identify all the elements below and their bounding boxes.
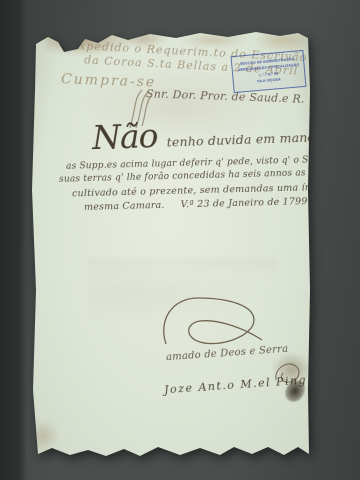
manuscript-photo: Expedido o Requerim.to do Escrivão da Co…: [28, 30, 311, 458]
date-line: V.ª 23 de Janeiro de 1799: [181, 196, 308, 210]
manuscript-page: Expedido o Requerim.to do Escrivão da Co…: [28, 30, 311, 458]
opening-line: Não tenho duvida em mandar: [91, 110, 330, 157]
body-line: mesma Camara.: [84, 200, 165, 213]
stamp-line: L.º 7 N.º 99: [259, 72, 278, 78]
body-line: as Supp.es acima lugar deferir q' pede, …: [66, 154, 357, 172]
archive-stamp: SECÇÃO DE ADMINISTRAÇÃO ARRECADAÇÃO E FI…: [231, 50, 307, 93]
opening-rest: tenho duvida em mandar: [166, 129, 329, 150]
addressee-line: Snr. Dor. Pror. de Saud.e R.: [146, 87, 305, 106]
stain: [24, 418, 60, 454]
opening-word: Não: [91, 116, 158, 157]
backdrop-shadow-band: [0, 0, 27, 480]
signature-flourish-icon: [156, 292, 268, 354]
body-closing-line: mesma Camara. V.ª 23 de Janeiro de 1799: [84, 196, 308, 213]
stamp-line: VILA VIÇOSA: [257, 78, 281, 84]
